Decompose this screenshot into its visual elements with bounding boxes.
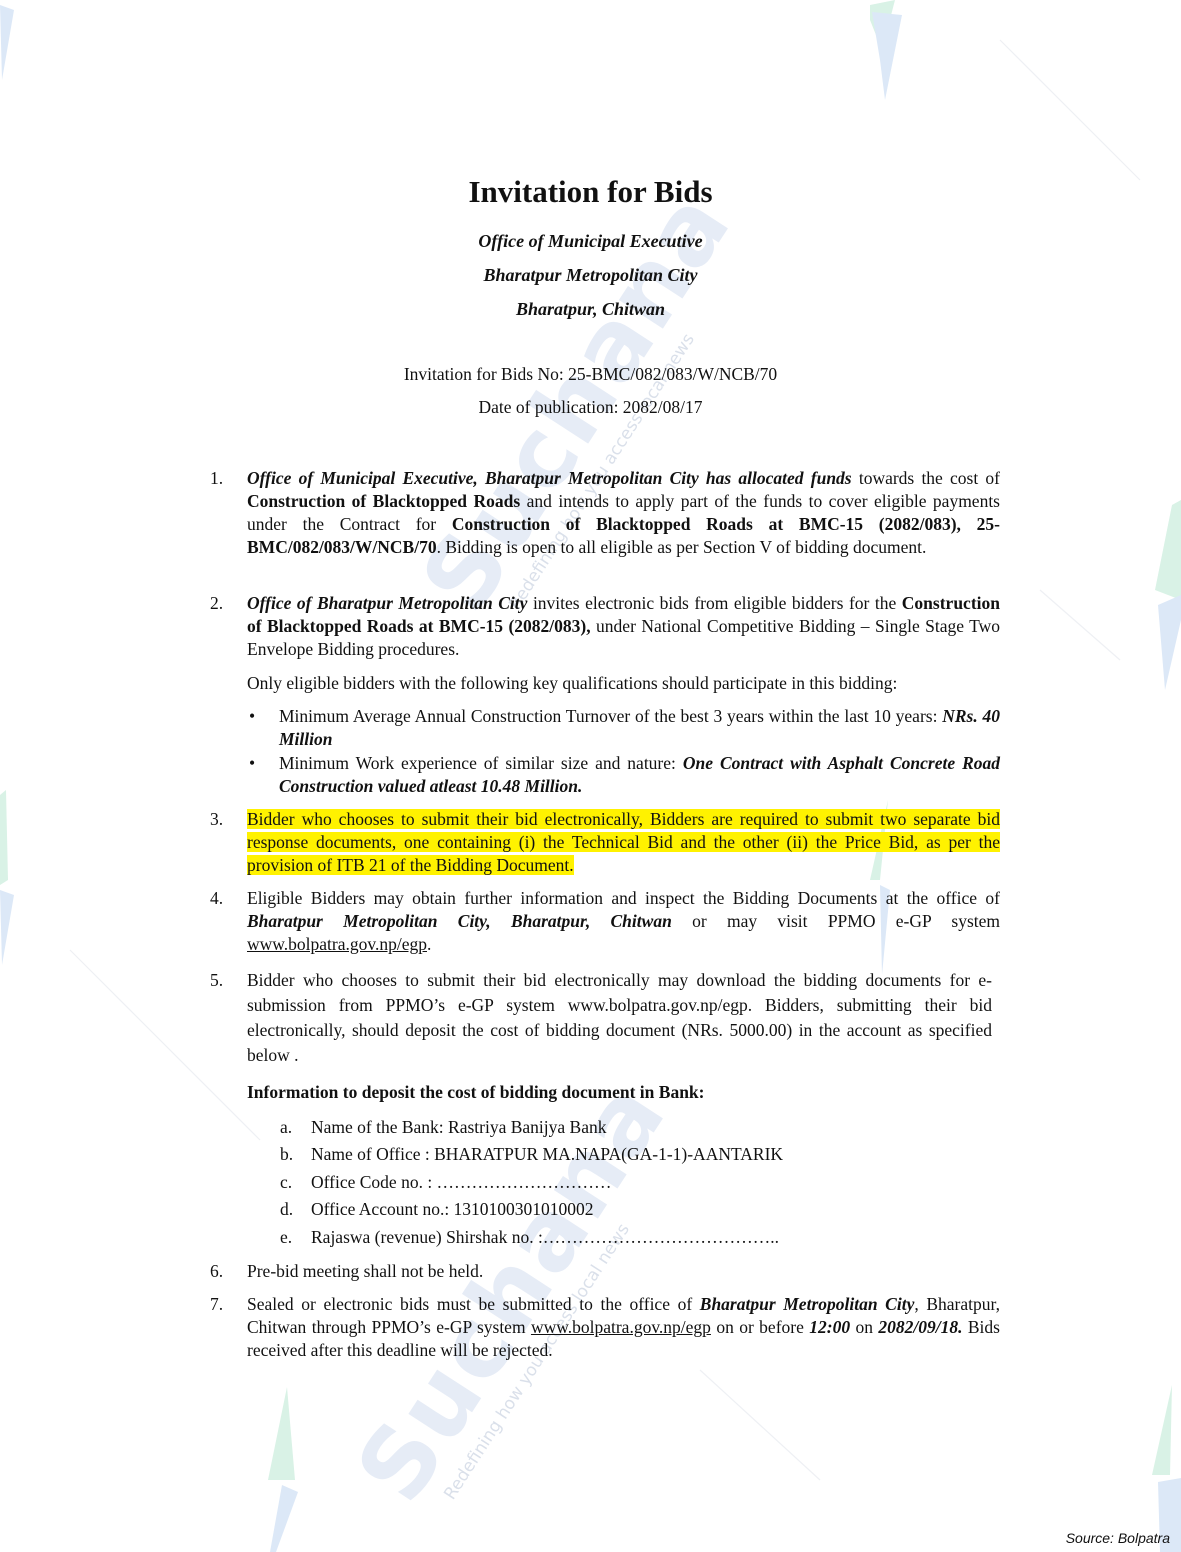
bank-detail-revenue-head: e.Rajaswa (revenue) Shirshak no. :………………… bbox=[280, 1226, 779, 1249]
clause-1: 1. Office of Municipal Executive, Bharat… bbox=[210, 467, 1000, 559]
publication-date: Date of publication: 2082/08/17 bbox=[0, 397, 1181, 418]
clause-number: 2. bbox=[210, 592, 240, 615]
deadline-time: 12:00 bbox=[809, 1317, 850, 1337]
document-title: Invitation for Bids bbox=[0, 174, 1181, 210]
issuer-office: Office of Municipal Executive bbox=[0, 231, 1181, 252]
bid-number: Invitation for Bids No: 25-BMC/082/083/W… bbox=[0, 364, 1181, 385]
clause-number: 7. bbox=[210, 1293, 240, 1316]
clause-5: 5. Bidder who chooses to submit their bi… bbox=[210, 968, 992, 1068]
clause-4: 4. Eligible Bidders may obtain further i… bbox=[210, 887, 1000, 956]
bullet-icon: • bbox=[249, 705, 255, 728]
clause-number: 5. bbox=[210, 968, 240, 993]
qualification-turnover: • Minimum Average Annual Construction Tu… bbox=[247, 705, 1000, 751]
bank-detail-bank-name: a.Name of the Bank: Rastriya Banijya Ban… bbox=[280, 1116, 606, 1139]
clause-number: 4. bbox=[210, 887, 240, 910]
clause-3: 3. Bidder who chooses to submit their bi… bbox=[210, 808, 1000, 877]
clause-body: Office of Bharatpur Metropolitan City in… bbox=[247, 592, 1000, 661]
bolpatra-link[interactable]: www.bolpatra.gov.np/egp bbox=[531, 1317, 711, 1337]
issuer-city: Bharatpur Metropolitan City bbox=[0, 265, 1181, 286]
clause-2: 2. Office of Bharatpur Metropolitan City… bbox=[210, 592, 1000, 661]
highlighted-text: Bidder who chooses to submit their bid e… bbox=[247, 809, 1000, 875]
bank-detail-account-number: d.Office Account no.: 1310100301010002 bbox=[280, 1198, 594, 1221]
deadline-date: 2082/09/18. bbox=[878, 1317, 962, 1337]
clause-body: Sealed or electronic bids must be submit… bbox=[247, 1293, 1000, 1362]
clause-7: 7. Sealed or electronic bids must be sub… bbox=[210, 1293, 1000, 1362]
bank-detail-office-code: c.Office Code no. : ………………………… bbox=[280, 1171, 612, 1194]
source-credit: Source: Bolpatra bbox=[1066, 1530, 1170, 1546]
clause-body: Bidder who chooses to submit their bid e… bbox=[247, 968, 992, 1068]
issuer-location: Bharatpur, Chitwan bbox=[0, 299, 1181, 320]
clause-number: 1. bbox=[210, 467, 240, 490]
bullet-icon: • bbox=[249, 752, 255, 775]
clause-body: Eligible Bidders may obtain further info… bbox=[247, 887, 1000, 956]
bank-info-heading: Information to deposit the cost of biddi… bbox=[247, 1082, 705, 1103]
clause-number: 6. bbox=[210, 1260, 240, 1283]
document-page: Invitation for Bids Office of Municipal … bbox=[0, 0, 1181, 1552]
qualification-experience: • Minimum Work experience of similar siz… bbox=[247, 752, 1000, 798]
clause-number: 3. bbox=[210, 808, 240, 831]
clause-body: Bidder who chooses to submit their bid e… bbox=[247, 808, 1000, 877]
clause-body: Office of Municipal Executive, Bharatpur… bbox=[247, 467, 1000, 559]
clause-6: 6. Pre-bid meeting shall not be held. bbox=[210, 1260, 1000, 1283]
qualifications-intro: Only eligible bidders with the following… bbox=[247, 672, 1000, 695]
clause-body: Pre-bid meeting shall not be held. bbox=[247, 1260, 1000, 1283]
bolpatra-link[interactable]: www.bolpatra.gov.np/egp bbox=[247, 934, 427, 954]
bank-detail-office-name: b.Name of Office : BHARATPUR MA.NAPA(GA-… bbox=[280, 1143, 783, 1166]
